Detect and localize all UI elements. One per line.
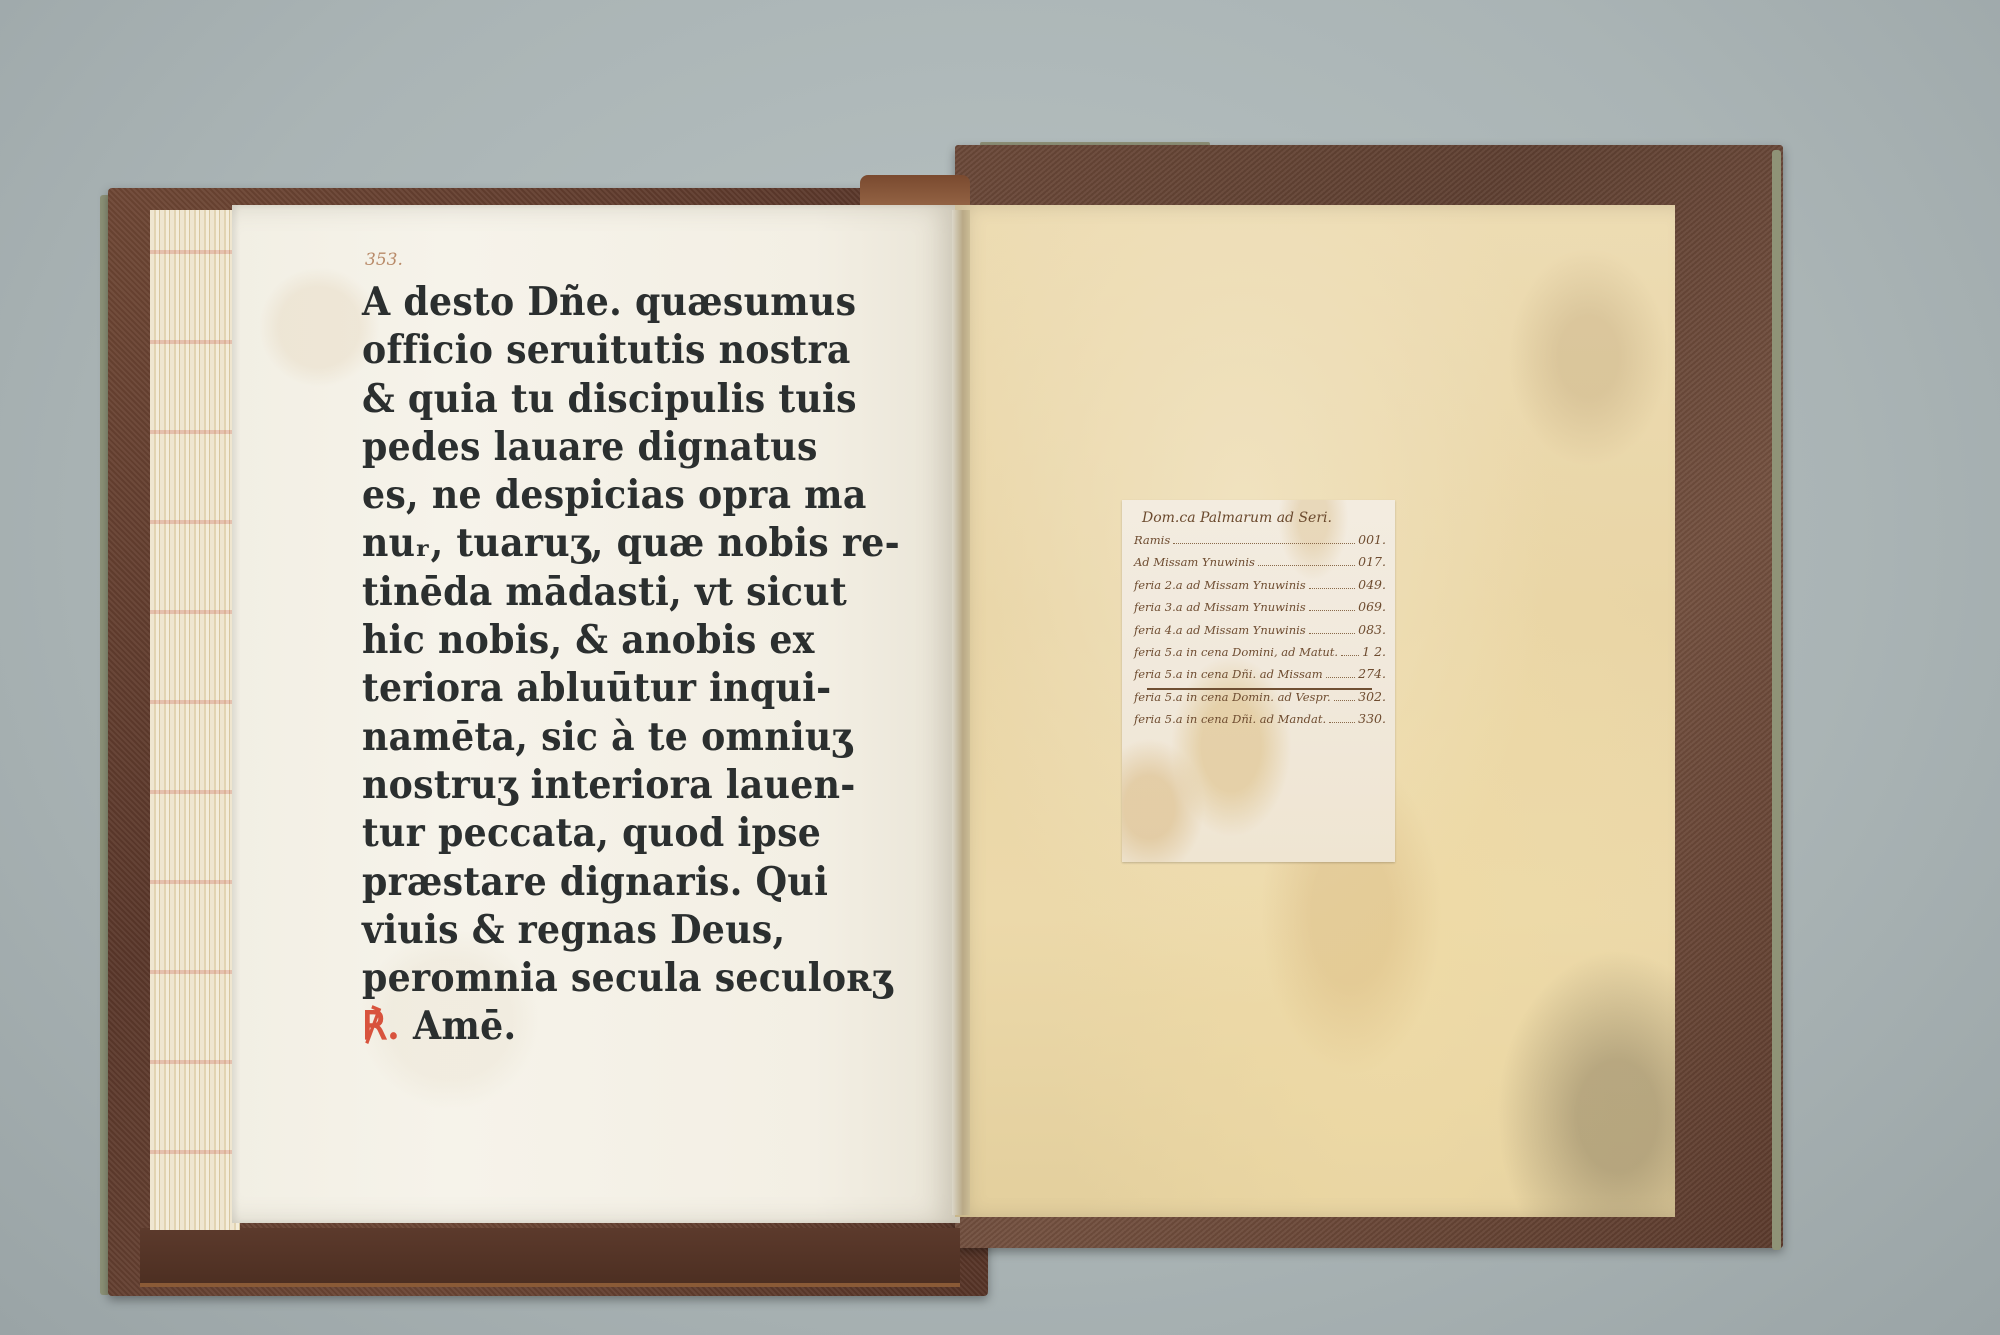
label-entry: Ad Missam Ynuwinis 017. [1134, 554, 1386, 576]
page-stack-fore-edge [150, 210, 240, 1230]
entry-page: 069. [1358, 599, 1386, 614]
entry-name: feria 5.a in cena Dñi. ad Missam [1134, 667, 1323, 681]
entry-page: 083. [1358, 622, 1386, 637]
label-title: Dom.ca Palmarum ad Seri. [1142, 510, 1332, 526]
text-line: & quia tu discipulis tuis [362, 375, 883, 423]
text-line: es, ne despicias opra ma [362, 471, 883, 519]
dot-leader [1341, 655, 1359, 656]
text-line: hic nobis, & anobis ex [362, 616, 883, 664]
text-line: namēta, sic à te omniuʒ [362, 713, 883, 761]
dot-leader [1334, 700, 1355, 701]
label-entry: feria 5.a in cena Domin. ad Vespr. 302. [1134, 689, 1386, 711]
label-entry: feria 2.a ad Missam Ynuwinis 049. [1134, 577, 1386, 599]
index-label: Dom.ca Palmarum ad Seri. Ramis 001. Ad M… [1122, 500, 1395, 862]
entry-page: 274. [1358, 666, 1386, 681]
dot-leader [1309, 633, 1355, 634]
book-gutter [952, 210, 970, 1215]
entry-name: feria 3.a ad Missam Ynuwinis [1134, 600, 1306, 614]
dot-leader [1326, 677, 1356, 678]
label-entry: feria 5.a in cena Dñi. ad Mandat. 330. [1134, 711, 1386, 733]
text-line: officio seruitutis nostra [362, 326, 883, 374]
label-entry: feria 4.a ad Missam Ynuwinis 083. [1134, 622, 1386, 644]
entry-page: 001. [1358, 532, 1386, 547]
text-line: nuᵣ, tuaruʒ, quæ nobis re- [362, 519, 883, 567]
entry-page: 302. [1358, 689, 1386, 704]
dot-leader [1258, 565, 1355, 566]
dot-leader [1329, 722, 1355, 723]
text-line: tur peccata, quod ipse [362, 809, 883, 857]
label-entry: feria 5.a in cena Dñi. ad Missam 274. [1134, 666, 1386, 688]
label-entry: feria 5.a in cena Domini, ad Matut. 1 2. [1134, 644, 1386, 666]
label-entries: Ramis 001. Ad Missam Ynuwinis 017. feria… [1134, 532, 1386, 734]
entry-name: Ad Missam Ynuwinis [1134, 555, 1255, 569]
text-line: peromnia secula seculoʀʒ [362, 954, 883, 1002]
amen-text: Amē. [413, 1002, 516, 1050]
left-cover-bottom-turn-in [140, 1228, 960, 1287]
text-line: teriora abluūtur inqui- [362, 664, 883, 712]
amen-line: ℟. Amē. [362, 1002, 883, 1050]
dot-leader [1309, 610, 1355, 611]
entry-name: feria 5.a in cena Domin. ad Vespr. [1134, 690, 1331, 704]
response-rubric-mark: ℟. [362, 1002, 400, 1050]
folio-number: 353. [365, 250, 403, 270]
entry-name: Ramis [1134, 533, 1170, 547]
dot-leader [1309, 588, 1355, 589]
text-line: præstare dignaris. Qui [362, 858, 883, 906]
right-cover-metal-edge [1772, 150, 1781, 1250]
entry-page: 330. [1358, 711, 1386, 726]
entry-name: feria 5.a in cena Dñi. ad Mandat. [1134, 712, 1326, 726]
text-line: pedes lauare dignatus [362, 423, 883, 471]
label-underline-rule [1147, 688, 1372, 690]
entry-page: 017. [1358, 554, 1386, 569]
label-entry: feria 3.a ad Missam Ynuwinis 069. [1134, 599, 1386, 621]
text-line: A desto Dñe. quæsumus [362, 278, 883, 326]
dot-leader [1173, 543, 1355, 544]
latin-prayer-text: A desto Dñe. quæsumus officio seruitutis… [362, 278, 922, 1051]
entry-page: 1 2. [1362, 644, 1386, 659]
text-line: viuis & regnas Deus, [362, 906, 883, 954]
label-entry: Ramis 001. [1134, 532, 1386, 554]
entry-name: feria 2.a ad Missam Ynuwinis [1134, 578, 1306, 592]
entry-page: 049. [1358, 577, 1386, 592]
text-line: nostruʒ interiora lauen- [362, 761, 883, 809]
entry-name: feria 4.a ad Missam Ynuwinis [1134, 623, 1306, 637]
text-line: tinēda mādasti, vt sicut [362, 568, 883, 616]
entry-name: feria 5.a in cena Domini, ad Matut. [1134, 645, 1338, 659]
